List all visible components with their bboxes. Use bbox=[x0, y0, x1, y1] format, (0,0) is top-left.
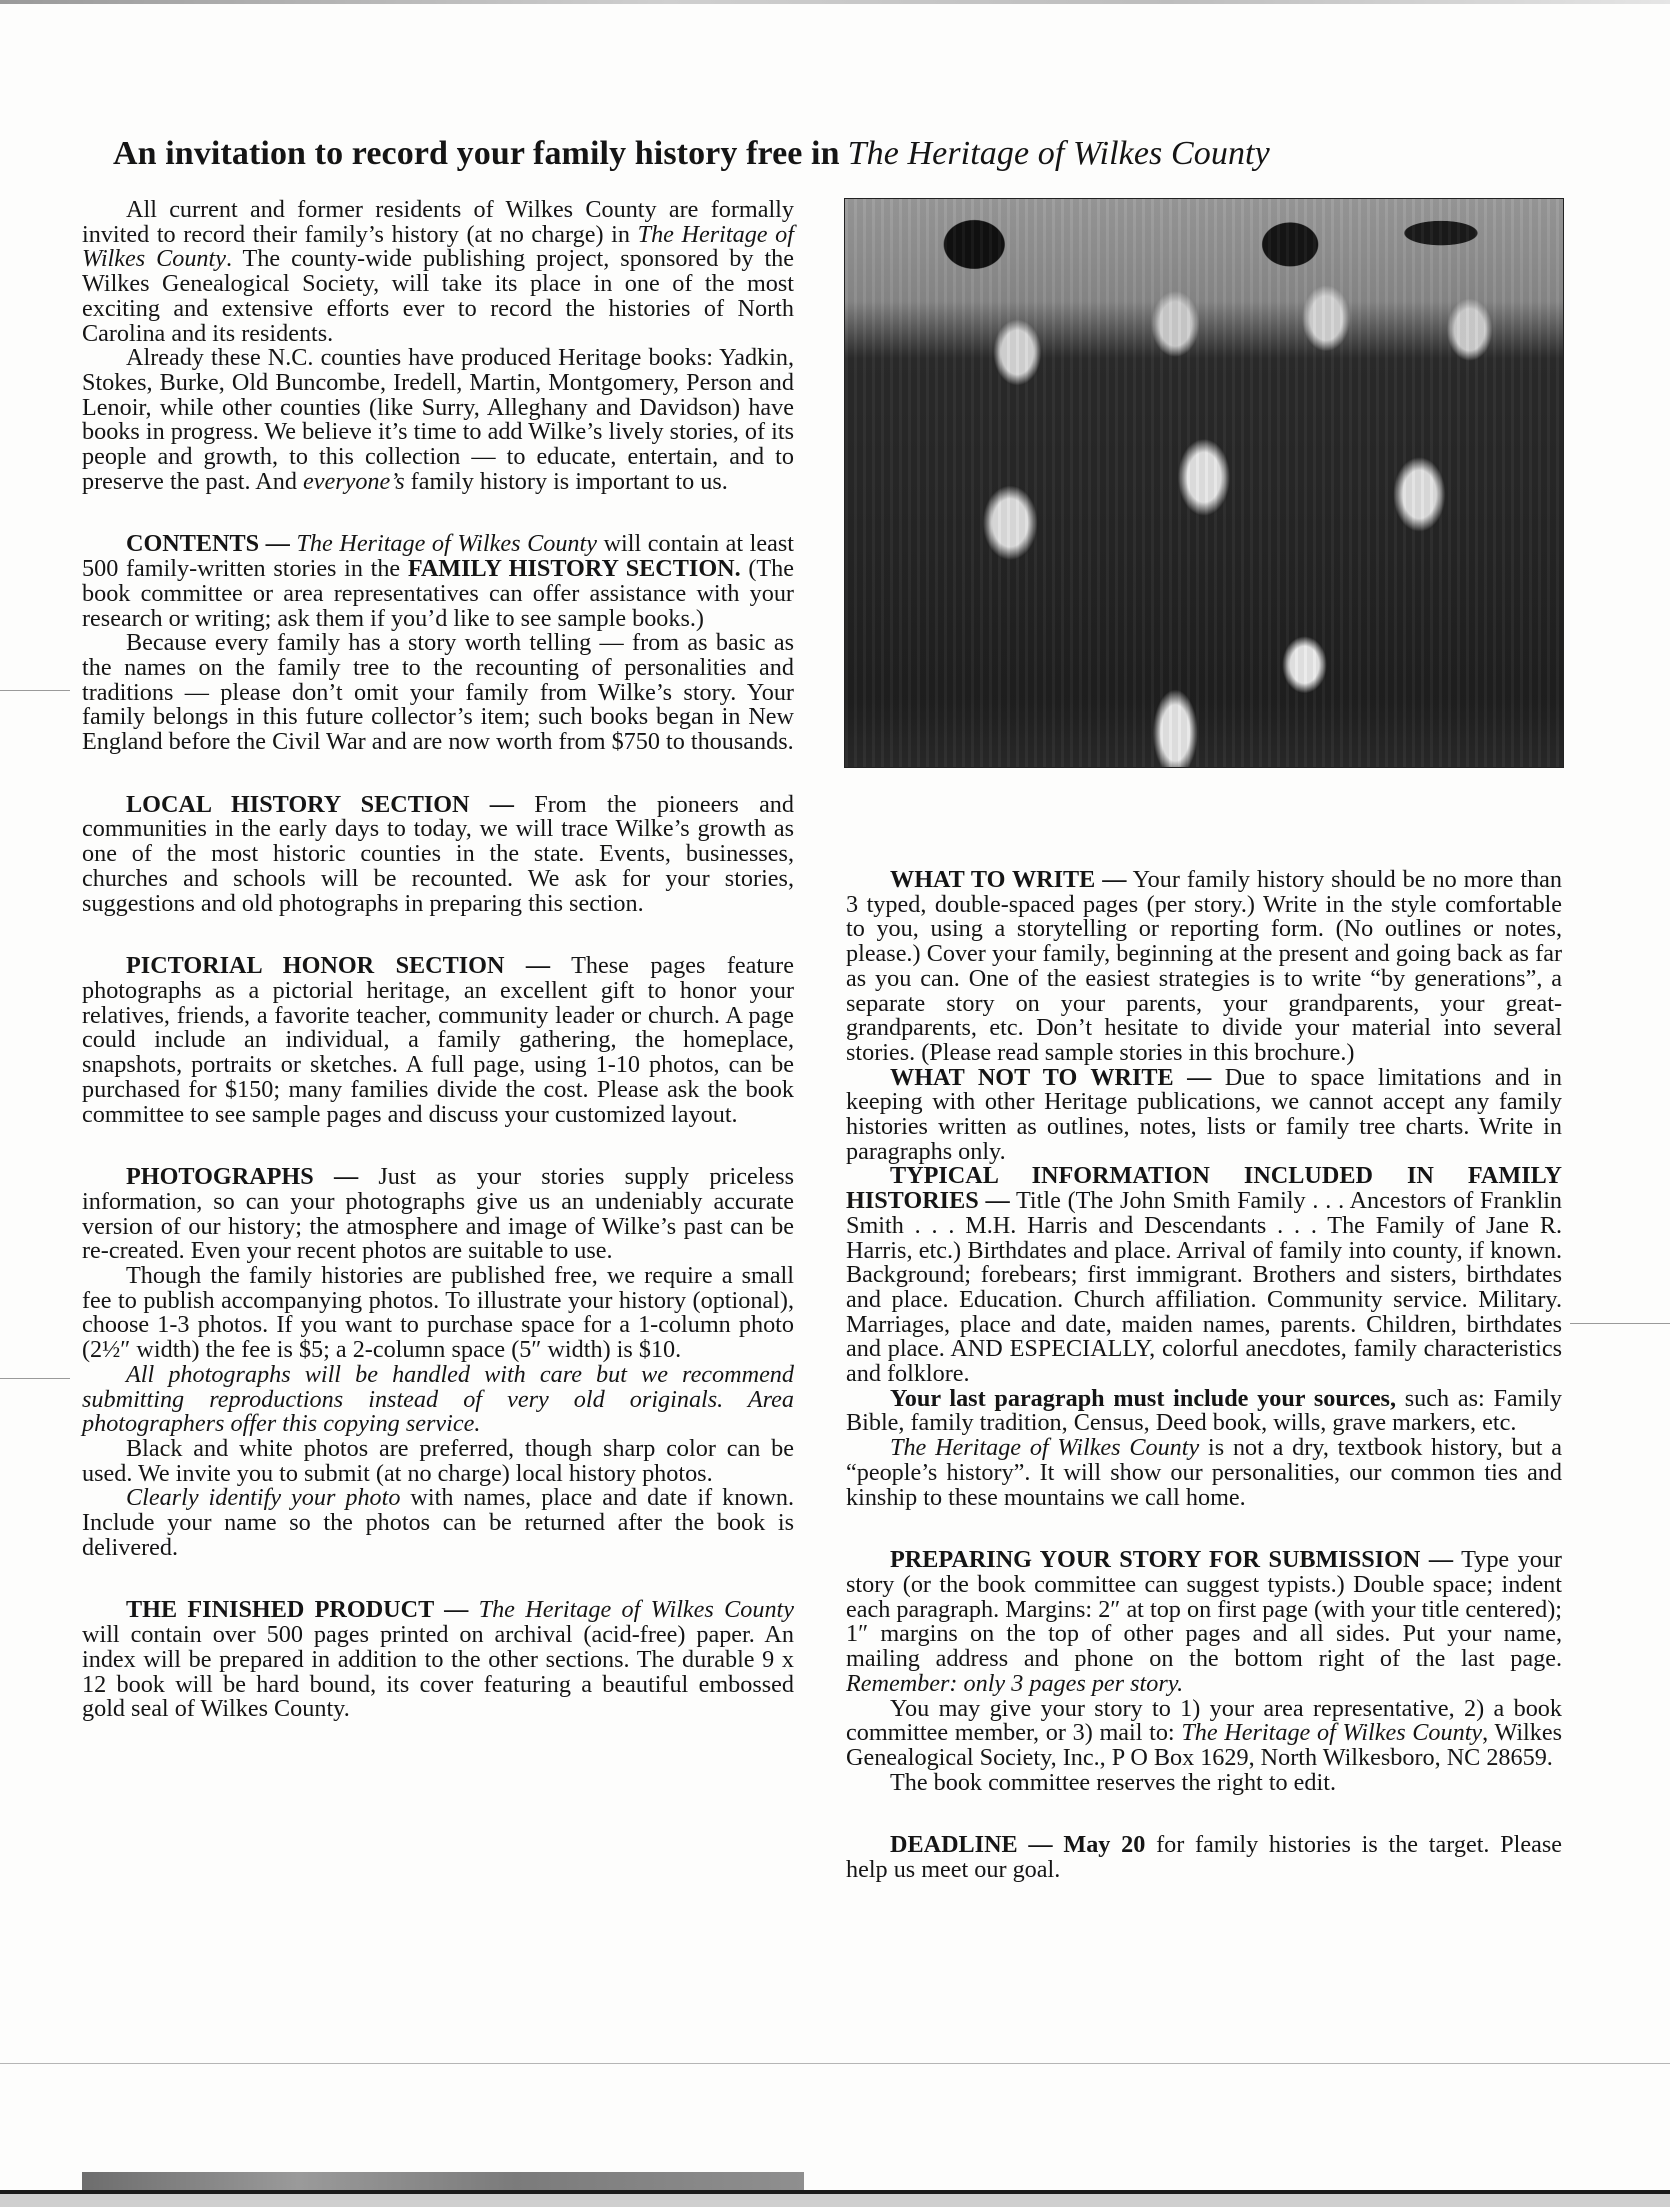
section-heading: LOCAL HISTORY SECTION — bbox=[126, 791, 514, 818]
photographs-section: PHOTOGRAPHS — Just as your stories suppl… bbox=[82, 1165, 794, 1264]
preparing-story-section: PREPARING YOUR STORY FOR SUBMISSION — Ty… bbox=[846, 1548, 1562, 1696]
typical-information-section: TYPICAL INFORMATION INCLUDED IN FAMILY H… bbox=[846, 1164, 1562, 1386]
intro-paragraph-1: All current and former residents of Wilk… bbox=[82, 198, 794, 346]
section-heading: PHOTOGRAPHS — bbox=[126, 1163, 358, 1190]
section-heading: THE FINISHED PRODUCT — bbox=[126, 1596, 468, 1623]
page-top-edge bbox=[0, 0, 1670, 4]
fold-crease bbox=[0, 2063, 1670, 2064]
section-heading: WHAT NOT TO WRITE — bbox=[890, 1064, 1211, 1091]
title-book-name: The Heritage of Wilkes County bbox=[848, 135, 1270, 172]
deadline-date: May 20 bbox=[1063, 1831, 1145, 1858]
intro-paragraph-2: Already these N.C. counties have produce… bbox=[82, 346, 794, 494]
contents-section: CONTENTS — The Heritage of Wilkes County… bbox=[82, 532, 794, 631]
section-heading: CONTENTS — bbox=[126, 530, 290, 557]
section-heading: WHAT TO WRITE — bbox=[890, 866, 1127, 893]
photos-fee-paragraph: Though the family histories are publishe… bbox=[82, 1264, 794, 1363]
photos-identify-paragraph: Clearly identify your photo with names, … bbox=[82, 1486, 794, 1560]
contents-paragraph-2: Because every family has a story worth t… bbox=[82, 631, 794, 755]
sources-paragraph: Your last paragraph must include your so… bbox=[846, 1387, 1562, 1436]
peoples-history-paragraph: The Heritage of Wilkes County is not a d… bbox=[846, 1436, 1562, 1510]
title-text: An invitation to record your family hist… bbox=[113, 135, 840, 172]
fold-crease bbox=[0, 1378, 70, 1379]
fold-crease bbox=[1570, 1323, 1670, 1324]
mailing-address-paragraph: You may give your story to 1) your area … bbox=[846, 1697, 1562, 1771]
edit-note: The book committee reserves the right to… bbox=[846, 1771, 1562, 1796]
section-heading: PICTORIAL HONOR SECTION — bbox=[126, 952, 550, 979]
photos-care-paragraph: All photographs will be handled with car… bbox=[82, 1363, 794, 1437]
left-column: All current and former residents of Wilk… bbox=[82, 198, 794, 1722]
page-bottom-shade bbox=[0, 2194, 1670, 2207]
section-heading: DEADLINE — bbox=[890, 1831, 1053, 1858]
right-column: WHAT TO WRITE — Your family history shou… bbox=[846, 868, 1562, 1883]
local-history-section: LOCAL HISTORY SECTION — From the pioneer… bbox=[82, 793, 794, 917]
fold-crease bbox=[0, 690, 70, 691]
pictorial-honor-section: PICTORIAL HONOR SECTION — These pages fe… bbox=[82, 954, 794, 1127]
what-not-to-write-section: WHAT NOT TO WRITE — Due to space limitat… bbox=[846, 1066, 1562, 1165]
page-title: An invitation to record your family hist… bbox=[113, 135, 1533, 173]
family-portrait-photo bbox=[844, 198, 1564, 768]
deadline-section: DEADLINE — May 20 for family histories i… bbox=[846, 1833, 1562, 1882]
what-to-write-section: WHAT TO WRITE — Your family history shou… bbox=[846, 868, 1562, 1066]
finished-product-section: THE FINISHED PRODUCT — The Heritage of W… bbox=[82, 1598, 794, 1722]
section-heading: PREPARING YOUR STORY FOR SUBMISSION — bbox=[890, 1546, 1453, 1573]
photos-bw-paragraph: Black and white photos are preferred, th… bbox=[82, 1437, 794, 1486]
